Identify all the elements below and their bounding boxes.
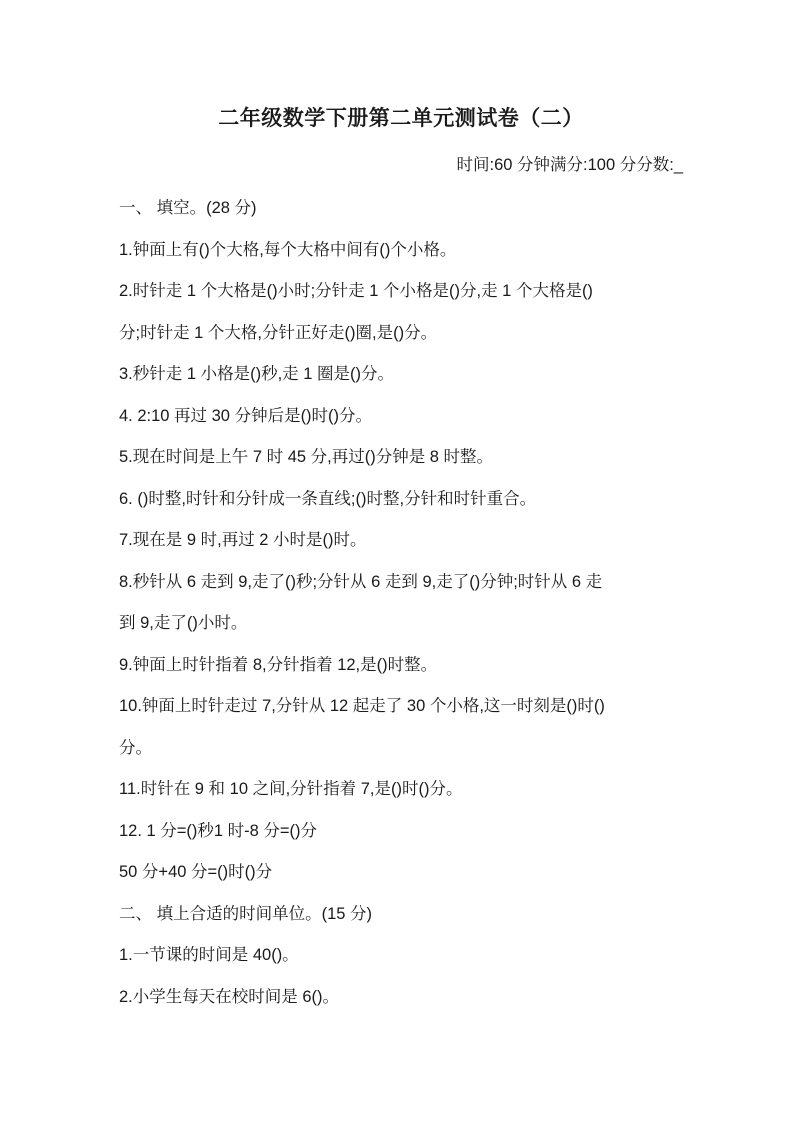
- q11-line: 11.时针在 9 和 10 之间,分针指着 7,是()时()分。: [119, 769, 683, 811]
- q8-line-1: 8.秒针从 6 走到 9,走了()秒;分针从 6 走到 9,走了()分钟;时针从…: [119, 562, 683, 604]
- test-paper-page: 二年级数学下册第二单元测试卷（二） 时间:60 分钟满分:100 分分数:_ 一…: [0, 0, 793, 1122]
- document-body: 一、 填空。(28 分) 1.钟面上有()个大格,每个大格中间有()个小格。 2…: [119, 188, 683, 1018]
- q12-line-2: 50 分+40 分=()时()分: [119, 852, 683, 894]
- q10-line-1: 10.钟面上时针走过 7,分针从 12 起走了 30 个小格,这一时刻是()时(…: [119, 686, 683, 728]
- q9-line: 9.钟面上时针指着 8,分针指着 12,是()时整。: [119, 645, 683, 687]
- q2-line-1: 2.时针走 1 个大格是()小时;分针走 1 个小格是()分,走 1 个大格是(…: [119, 271, 683, 313]
- q4-line: 4. 2:10 再过 30 分钟后是()时()分。: [119, 396, 683, 438]
- q1-line: 1.钟面上有()个大格,每个大格中间有()个小格。: [119, 230, 683, 272]
- q6-line: 6. ()时整,时针和分针成一条直线;()时整,分针和时针重合。: [119, 479, 683, 521]
- q5-line: 5.现在时间是上午 7 时 45 分,再过()分钟是 8 时整。: [119, 437, 683, 479]
- q8-line-2: 到 9,走了()小时。: [119, 603, 683, 645]
- page-title: 二年级数学下册第二单元测试卷（二）: [119, 104, 683, 134]
- q3-line: 3.秒针走 1 小格是()秒,走 1 圈是()分。: [119, 354, 683, 396]
- q12-line-1: 12. 1 分=()秒1 时-8 分=()分: [119, 811, 683, 853]
- section-2-heading: 二、 填上合适的时间单位。(15 分): [119, 894, 683, 936]
- q10-line-2: 分。: [119, 728, 683, 770]
- s2-q1-line: 1.一节课的时间是 40()。: [119, 935, 683, 977]
- q2-line-2: 分;时针走 1 个大格,分针正好走()圈,是()分。: [119, 313, 683, 355]
- q7-line: 7.现在是 9 时,再过 2 小时是()时。: [119, 520, 683, 562]
- s2-q2-line: 2.小学生每天在校时间是 6()。: [119, 977, 683, 1019]
- section-1-heading: 一、 填空。(28 分): [119, 188, 683, 230]
- meta-line: 时间:60 分钟满分:100 分分数:_: [119, 148, 683, 182]
